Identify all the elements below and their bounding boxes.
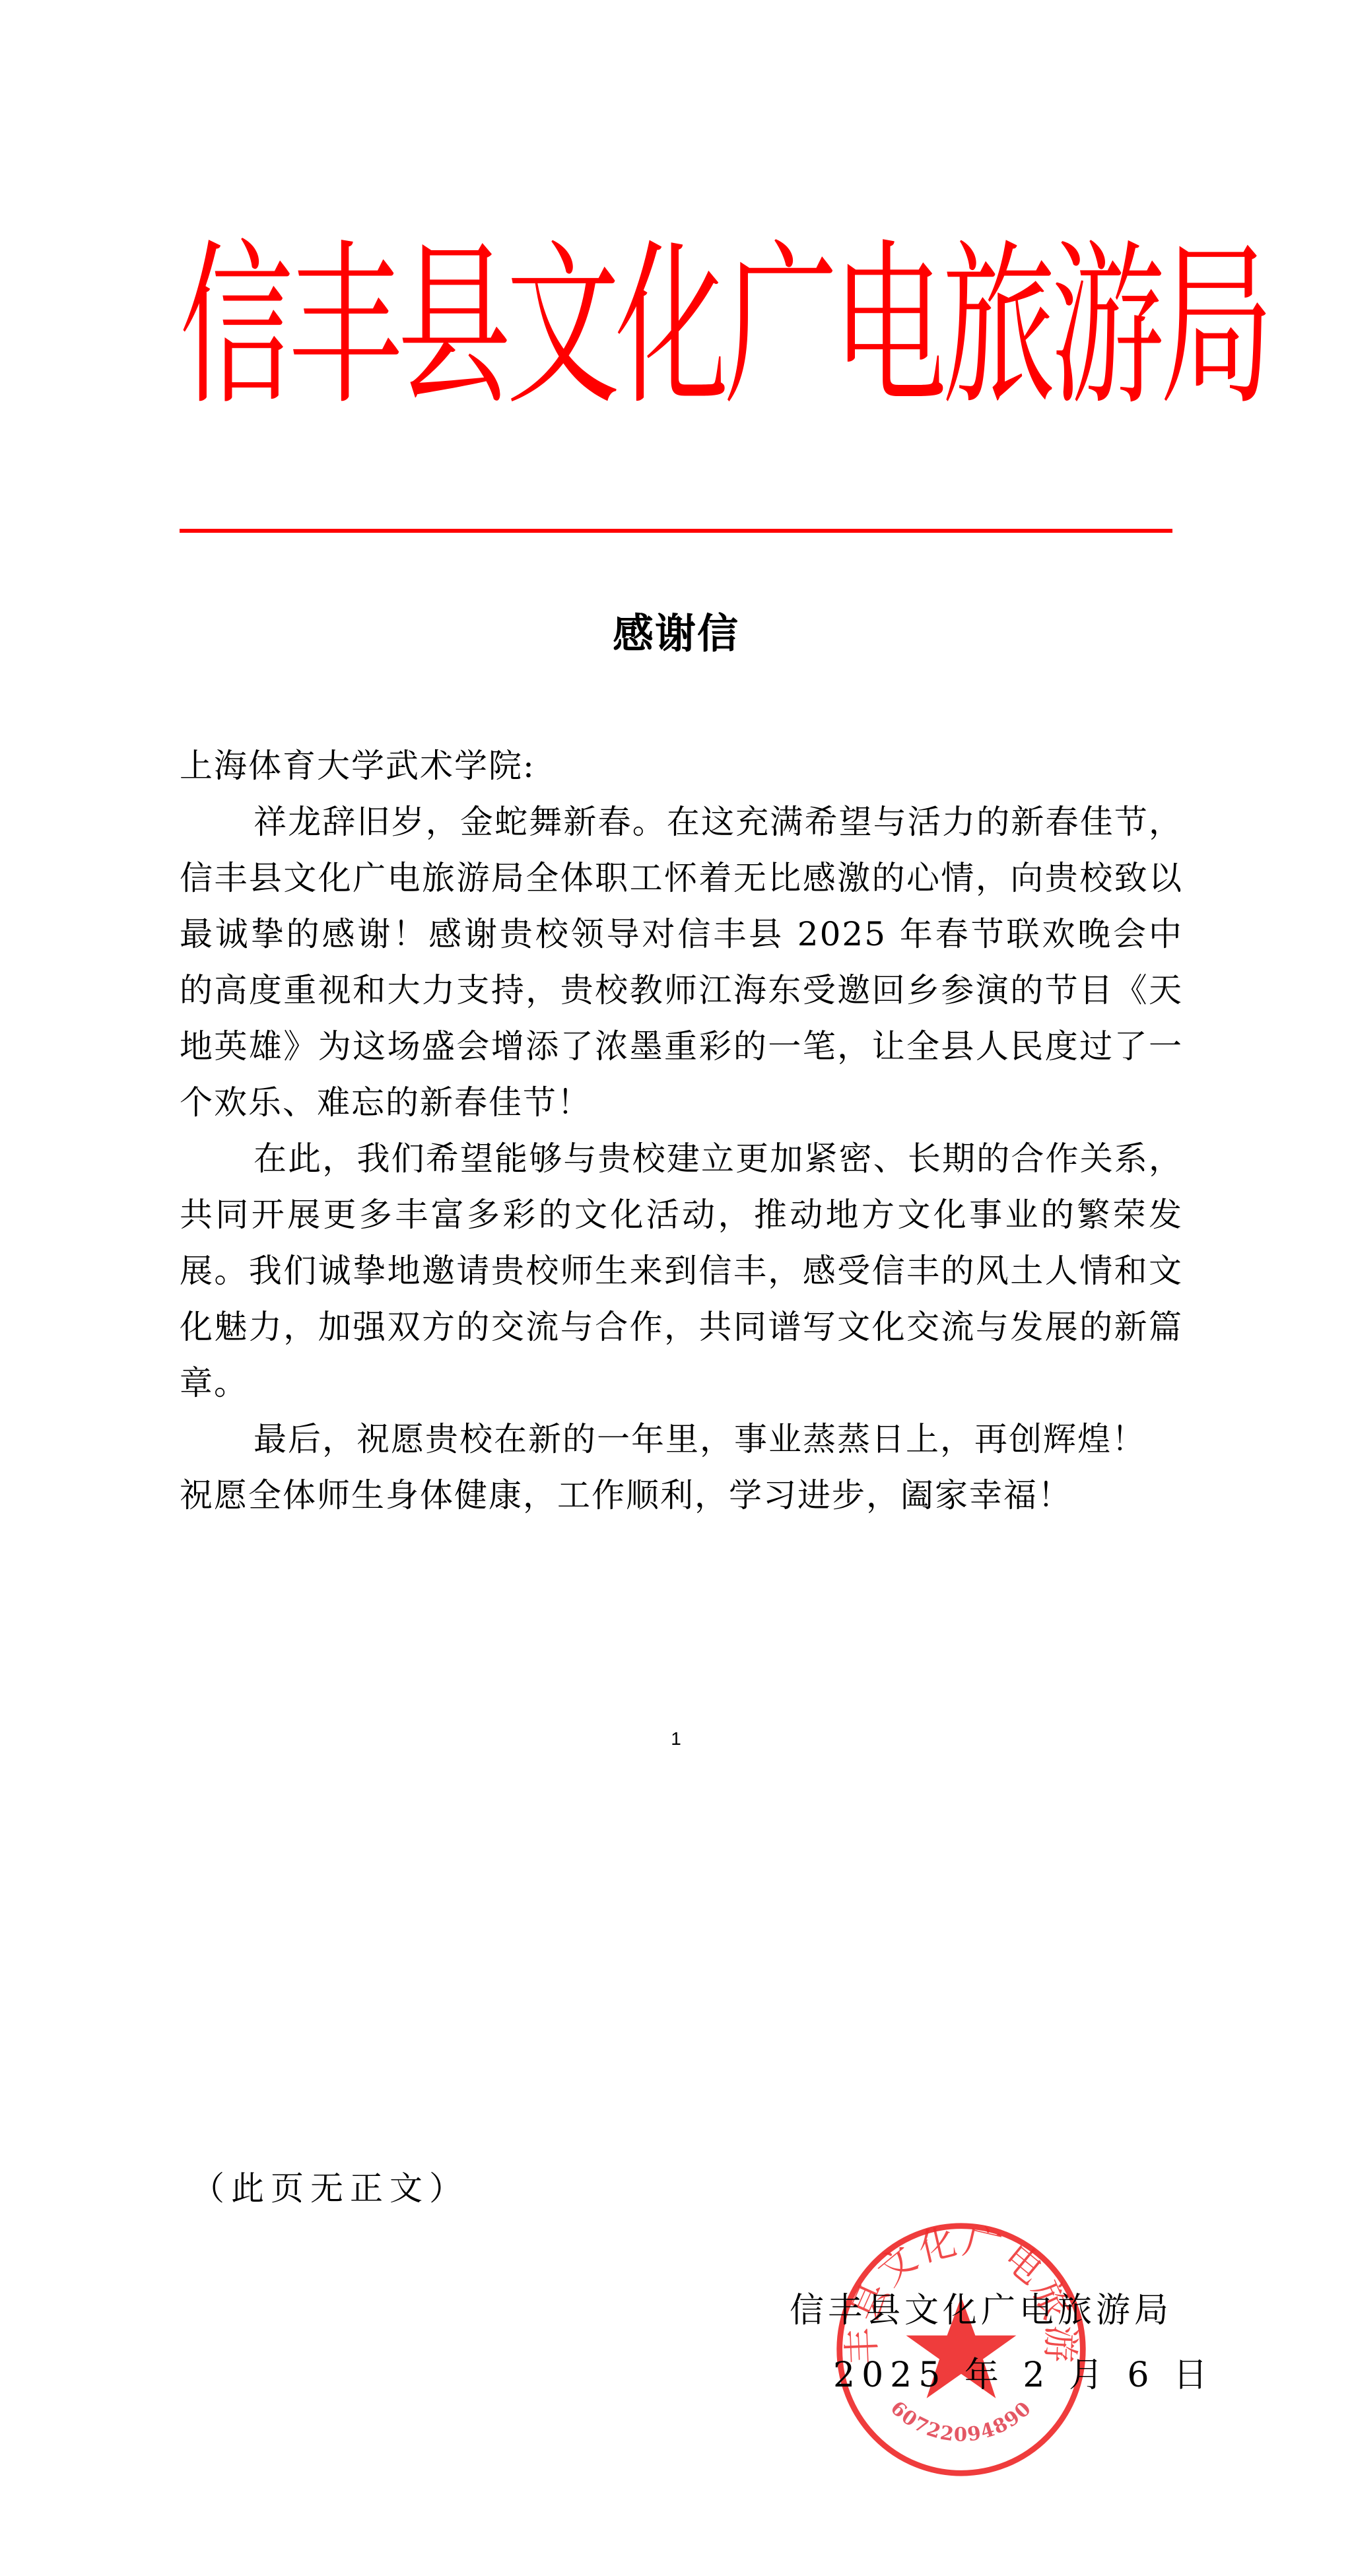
page-number: 1 xyxy=(0,1728,1352,1749)
letter-title: 感谢信 xyxy=(0,601,1352,667)
letterhead-char: 丰 xyxy=(288,178,397,475)
letterhead-char: 信 xyxy=(180,178,288,475)
letterhead-title: 信 丰 县 文 化 广 电 旅 游 局 xyxy=(180,231,1172,423)
letterhead-char: 游 xyxy=(1051,178,1160,475)
letterhead-char: 旅 xyxy=(942,178,1051,475)
letterhead-char: 化 xyxy=(615,178,724,475)
no-body-note: （此页无正文） xyxy=(191,2165,469,2212)
document-page: 信 丰 县 文 化 广 电 旅 游 局 感谢信 上海体育大学武术学院: 祥龙辞旧… xyxy=(0,0,1352,2576)
signature-date: 2025 年 2 月 6 日 xyxy=(833,2356,1214,2395)
paragraph: 在此，我们希望能够与贵校建立更加紧密、长期的合作关系，共同开展更多丰富多彩的文化… xyxy=(180,1131,1183,1411)
letterhead-char: 县 xyxy=(397,178,506,475)
seal-icon: 信丰县文化广电旅游局 3607220948901 xyxy=(833,2221,1089,2478)
signature-organization: 信丰县文化广电旅游局 xyxy=(790,2291,1172,2330)
salutation: 上海体育大学武术学院: xyxy=(180,738,1183,794)
letterhead-char: 广 xyxy=(724,178,833,475)
letterhead-char: 局 xyxy=(1160,178,1269,475)
letter-body: 上海体育大学武术学院: 祥龙辞旧岁，金蛇舞新春。在这充满希望与活力的新春佳节，信… xyxy=(180,738,1183,1524)
paragraph: 最后，祝愿贵校在新的一年里，事业蒸蒸日上，再创辉煌！ xyxy=(180,1411,1183,1468)
paragraph: 祝愿全体师生身体健康，工作顺利，学习进步，阖家幸福！ xyxy=(180,1468,1183,1524)
paragraph: 祥龙辞旧岁，金蛇舞新春。在这充满希望与活力的新春佳节，信丰县文化广电旅游局全体职… xyxy=(180,794,1183,1131)
letterhead-divider xyxy=(180,529,1172,533)
official-seal: 信丰县文化广电旅游局 3607220948901 xyxy=(833,2221,1089,2478)
letterhead-char: 电 xyxy=(833,178,942,475)
letterhead-char: 文 xyxy=(506,178,615,475)
